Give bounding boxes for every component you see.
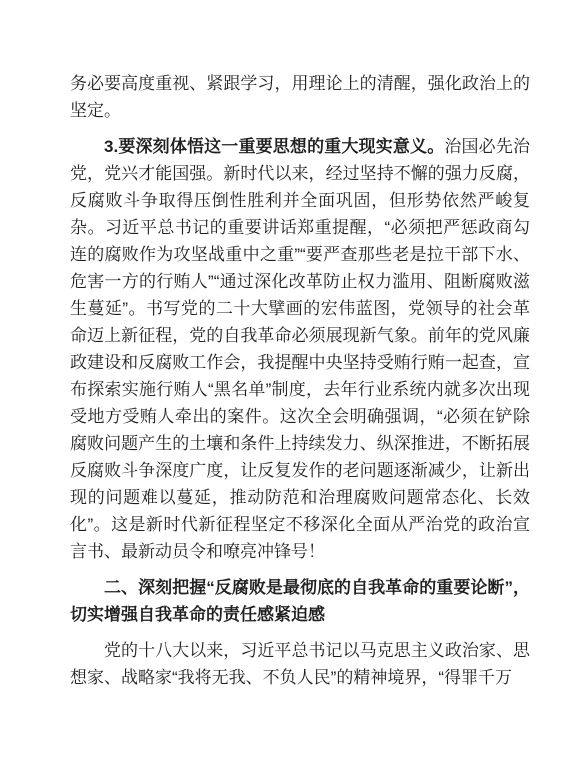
paragraph-continuation: 务必要高度重视、紧跟学习，用理论上的清醒，强化政治上的坚定。 xyxy=(70,70,530,124)
paragraph-section-2-opening: 党的十八大以来，习近平总书记以马克思主义政治家、思想家、战略家“我将无我、不负人… xyxy=(70,637,530,691)
section-heading-2: 二、深刻把握“反腐败是最彻底的自我革命的重要论断”，切实增强自我革命的责任感紧迫… xyxy=(70,574,530,628)
paragraph-point-3: 3.要深刻体悟这一重要思想的重大现实意义。治国必先治党，党兴才能国强。新时代以来… xyxy=(70,133,530,565)
paragraph-body-text: 治国必先治党，党兴才能国强。新时代以来，经过坚持不懈的强力反腐，反腐败斗争取得压… xyxy=(70,137,530,561)
paragraph-lead-sentence: 3.要深刻体悟这一重要思想的重大现实意义。 xyxy=(104,137,444,156)
document-body-text: 务必要高度重视、紧跟学习，用理论上的清醒，强化政治上的坚定。 3.要深刻体悟这一… xyxy=(70,70,530,691)
document-page: 务必要高度重视、紧跟学习，用理论上的清醒，强化政治上的坚定。 3.要深刻体悟这一… xyxy=(0,0,586,759)
